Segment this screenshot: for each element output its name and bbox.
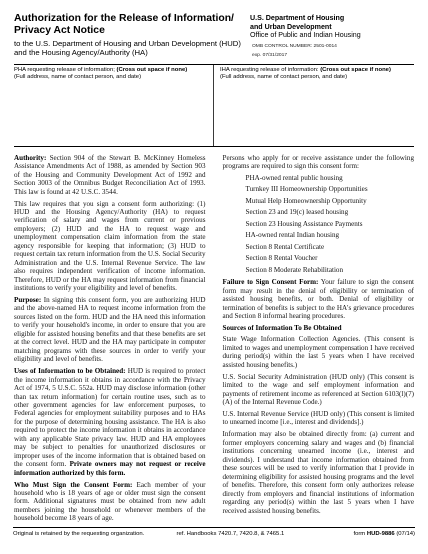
right-column: Persons who apply for or receive assista… [223,154,415,527]
pha-entry-area [14,81,209,139]
form-subtitle-line1: to the U.S. Department of Housing and Ur… [14,39,250,48]
footer-handbook-reference: ref. Handbooks 7420.7, 7420.8, & 7465.1 [177,531,317,537]
program-item: Mutual Help Homeownership Opportunity [246,196,415,208]
agency-name-line2: and Urban Development [250,23,414,32]
program-item: Section 8 Moderate Rehabilitation [246,265,415,277]
pha-request-box: PHA requesting release of information; (… [14,65,214,146]
form-title-line1: Authorization for the Release of Informa… [14,13,250,25]
program-item: Section 23 Housing Assistance Payments [246,219,415,231]
form-subtitle-line2: and the Housing Agency/Authority (HA) [14,48,250,57]
requesting-agency-boxes: PHA requesting release of information; (… [14,65,414,147]
law-requirements-paragraph: This law requires that you sign a consen… [14,200,206,293]
omb-control-number: OMB CONTROL NUMBER: 2501-0014 [250,44,414,50]
programs-intro-paragraph: Persons who apply for or receive assista… [223,154,415,171]
program-item: HA-owned rental Indian housing [246,230,415,242]
omb-expiration: exp. 07/31/2017 [250,53,414,59]
iha-request-label-line2: (Full address, name of contact person, a… [220,74,410,81]
footer-retention-note: Original is retained by the requesting o… [13,531,173,537]
agency-name: U.S. Department of Housing and Urban Dev… [250,14,414,31]
left-column: Authority: Section 904 of the Stewart B.… [14,154,206,527]
purpose-paragraph: Purpose: In signing this consent form, y… [14,296,206,364]
agency-block: U.S. Department of Housing and Urban Dev… [250,13,414,59]
footer-form-number: form HUD-9886 (07/14) [320,531,415,537]
pha-request-label-line2: (Full address, name of contact person, a… [14,74,209,81]
uses-of-information-paragraph: Uses of Information to be Obtained: HUD … [14,367,206,477]
program-item: Section 8 Rental Certificate [246,242,415,254]
hud-form-9886-page: Authorization for the Release of Informa… [0,0,428,554]
agency-office: Office of Public and Indian Housing [250,31,414,40]
who-must-sign-paragraph: Who Must Sign the Consent Form: Each mem… [14,481,206,523]
source-other-paragraph: Information may also be obtained directl… [223,430,415,515]
source-irs-paragraph: U.S. Internal Revenue Service (HUD only)… [223,410,415,427]
program-item: Turnkey III Homeownership Opportunities [246,184,415,196]
source-state-wage-paragraph: State Wage Information Collection Agenci… [223,335,415,369]
source-ssa-paragraph: U.S. Social Security Administration (HUD… [223,373,415,407]
iha-request-label: IHA requesting release of information: (… [220,67,410,74]
authority-paragraph: Authority: Section 904 of the Stewart B.… [14,154,206,196]
pha-request-label: PHA requesting release of information; (… [14,67,209,74]
agency-name-line1: U.S. Department of Housing [250,14,414,23]
form-title: Authorization for the Release of Informa… [14,13,250,37]
failure-to-sign-paragraph: Failure to Sign Consent Form: Your failu… [223,278,415,320]
form-title-block: Authorization for the Release of Informa… [14,13,250,59]
form-header: Authorization for the Release of Informa… [14,13,414,65]
sources-heading: Sources of Information To Be Obtained [223,324,415,332]
form-title-line2: Privacy Act Notice [14,25,250,37]
iha-entry-area [220,81,410,139]
body-columns: Authority: Section 904 of the Stewart B.… [14,147,414,527]
program-item: Section 8 Rental Voucher [246,253,415,265]
program-item: Section 23 and 19(c) leased housing [246,207,415,219]
program-item: PHA-owned rental public housing [246,173,415,185]
program-list: PHA-owned rental public housing Turnkey … [223,173,415,277]
form-subtitle: to the U.S. Department of Housing and Ur… [14,39,250,58]
iha-request-box: IHA requesting release of information: (… [214,65,414,146]
form-footer: Original is retained by the requesting o… [13,527,415,537]
